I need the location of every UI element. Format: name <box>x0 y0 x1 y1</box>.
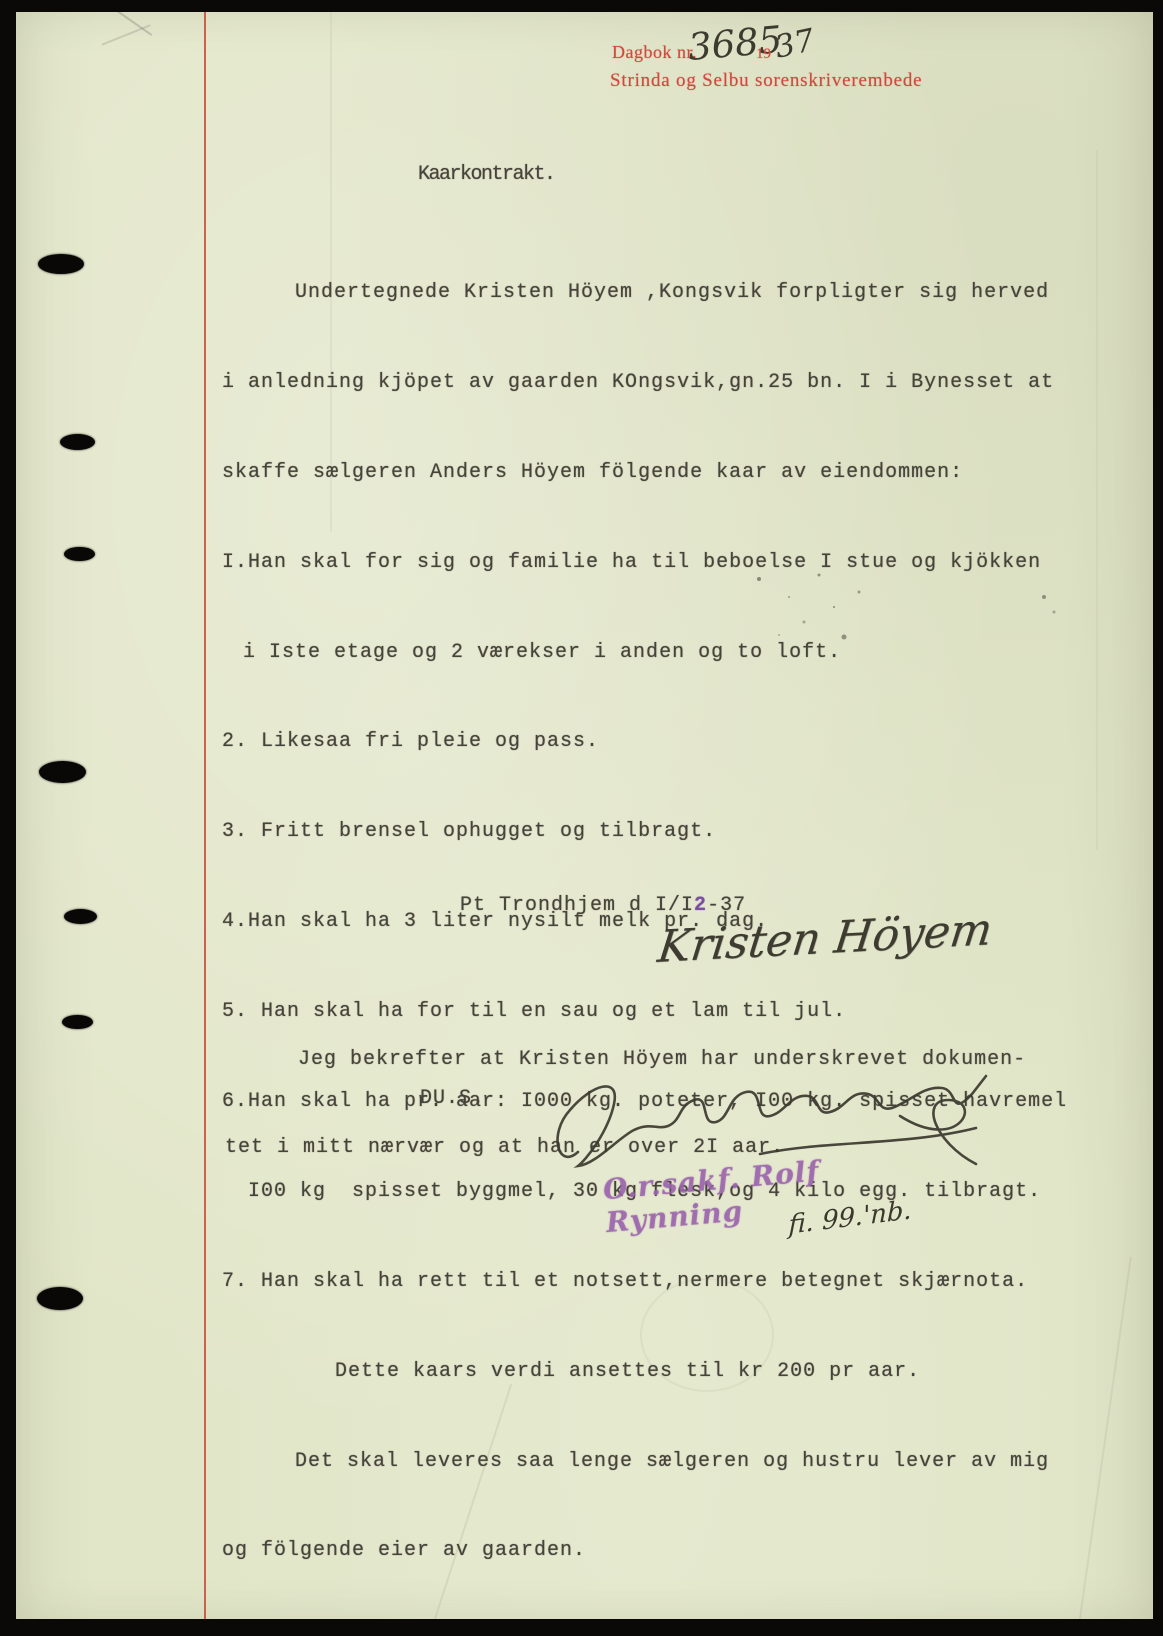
scan-border <box>0 0 16 1636</box>
typewritten-line: og fölgende eier av gaarden. <box>222 1529 1122 1573</box>
scan-border <box>0 0 1163 12</box>
scan-border <box>0 1619 1163 1636</box>
typewritten-line: 2. Likesaa fri pleie og pass. <box>222 720 1122 764</box>
typewritten-line: Undertegnede Kristen Höyem ,Kongsvik for… <box>222 271 1122 315</box>
document-title: Kaarkontrakt. <box>418 160 555 190</box>
typewritten-line: skaffe sælgeren Anders Höyem fölgende ka… <box>222 451 1122 495</box>
dagbok-stamp-label: Dagbok nr. <box>612 42 697 63</box>
dateline-text: -37 <box>707 894 746 917</box>
dateline-text: Pt Trondhjem d I/I <box>460 894 694 917</box>
typewritten-line: i anledning kjöpet av gaarden KOngsvik,g… <box>222 361 1122 405</box>
typewritten-line: 7. Han skal ha rett til et notsett,nerme… <box>222 1260 1122 1304</box>
punch-hole <box>37 1287 83 1310</box>
punch-hole <box>39 761 86 783</box>
typewritten-line: Dette kaars verdi ansettes til kr 200 pr… <box>222 1350 1122 1394</box>
scan-border <box>1153 0 1163 1636</box>
punch-hole <box>64 909 97 924</box>
dateline-ink-correction: 2 <box>694 894 707 917</box>
du-s-abbreviation: DU.S. <box>420 1077 485 1121</box>
typewritten-line: i Iste etage og 2 værekser i anden og to… <box>222 631 1122 675</box>
ink-speckles <box>748 566 750 568</box>
year-printed-stamp: 19 <box>756 46 771 63</box>
scanned-document-page: Dagbok nr. 3685 19 37 Strinda og Selbu s… <box>0 0 1163 1636</box>
red-margin-line <box>204 12 206 1619</box>
typewritten-line: 3. Fritt brensel ophugget og tilbragt. <box>222 810 1122 854</box>
punch-hole <box>60 434 95 450</box>
punch-hole <box>64 547 95 561</box>
punch-hole <box>38 254 84 274</box>
punch-hole <box>62 1015 93 1029</box>
typewritten-line: I.Han skal for sig og familie ha til beb… <box>222 541 1122 585</box>
court-office-stamp: Strinda og Selbu sorenskriverembede <box>610 70 922 92</box>
typewritten-line: Det skal leveres saa lenge sælgeren og h… <box>222 1440 1122 1484</box>
